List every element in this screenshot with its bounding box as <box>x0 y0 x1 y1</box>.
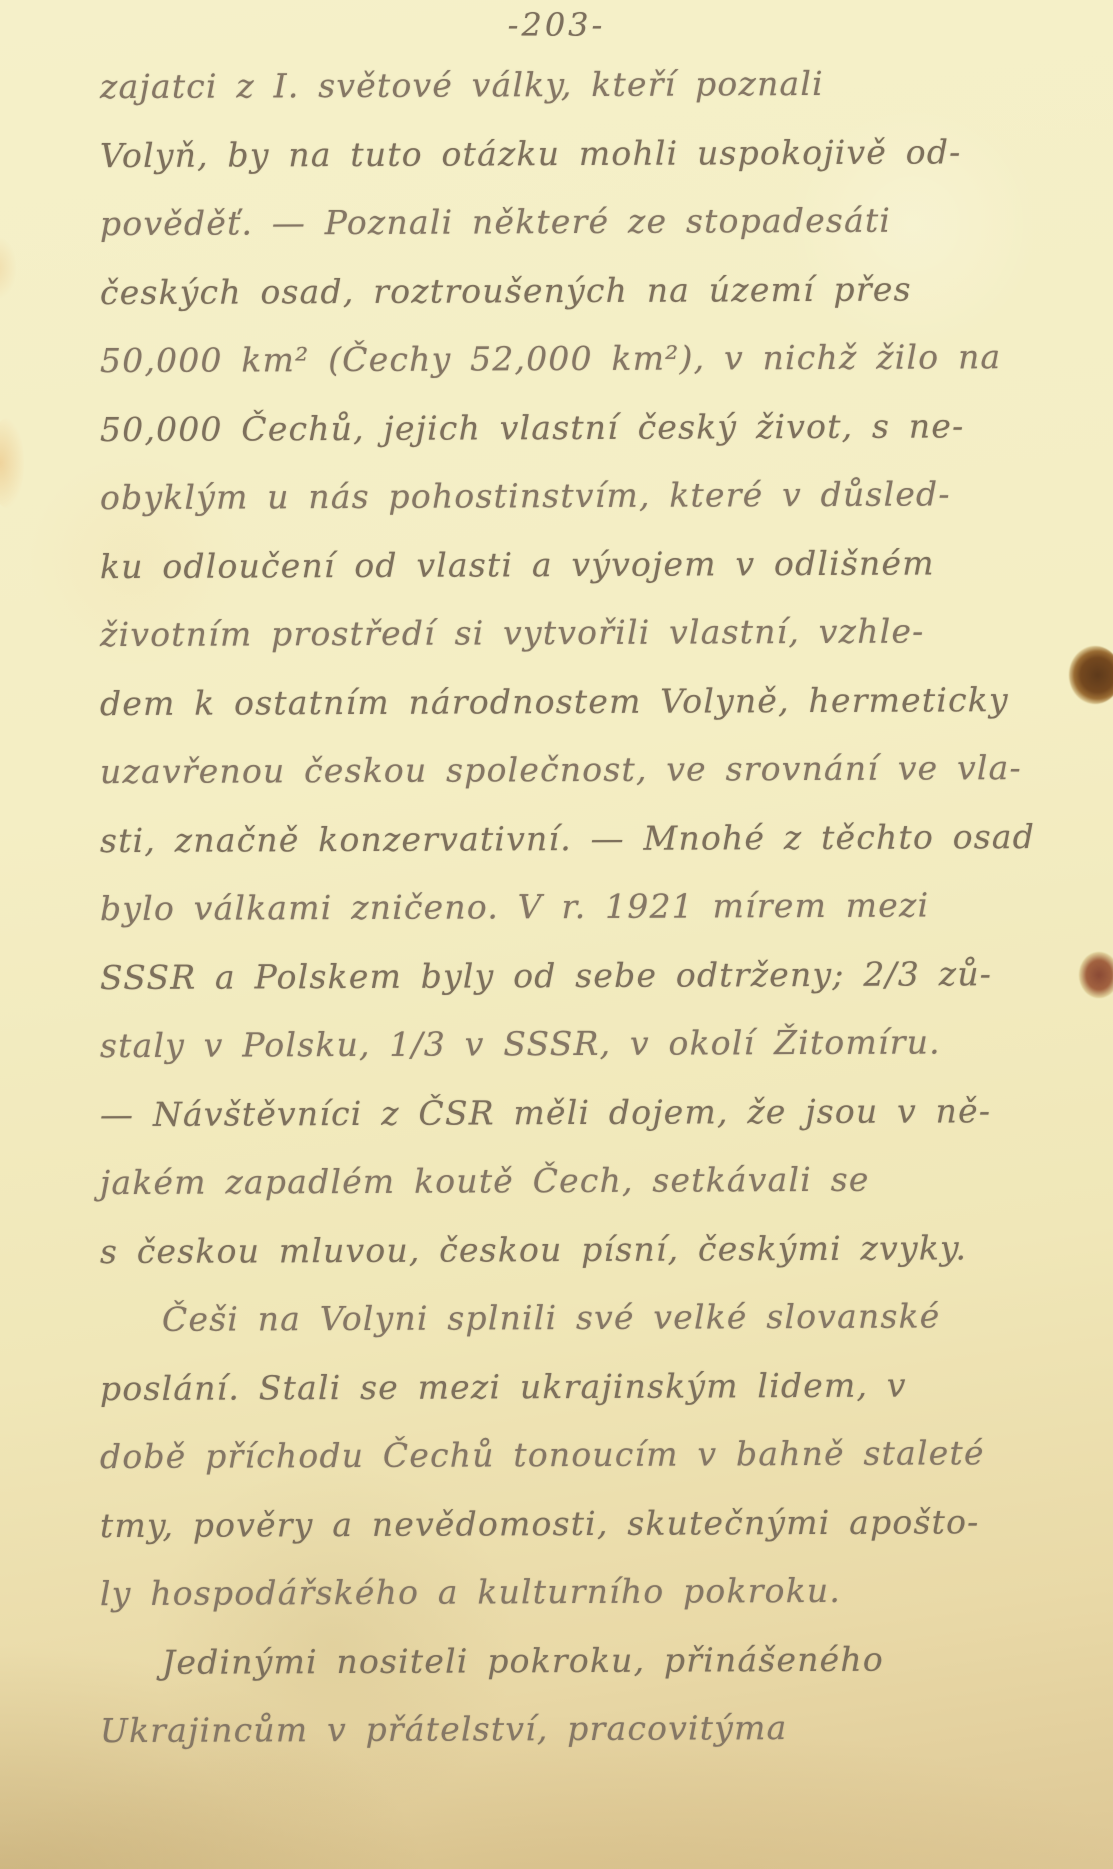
paper-edge-smudge <box>0 238 16 298</box>
paper-edge-smudge <box>0 418 24 508</box>
handwritten-line: ly hospodářského a kulturního pokroku. <box>100 1555 1060 1628</box>
handwritten-line: ku odloučení od vlasti a vývojem v odliš… <box>100 527 1060 600</box>
handwritten-line: poslání. Stali se mezi ukrajinským lidem… <box>100 1349 1060 1422</box>
handwritten-line: českých osad, roztroušených na území pře… <box>100 253 1060 326</box>
handwritten-line: — Návštěvníci z ČSR měli dojem, že jsou … <box>100 1075 1060 1148</box>
handwritten-line: 50,000 Čechů, jejich vlastní český život… <box>100 390 1060 463</box>
handwritten-line: jakém zapadlém koutě Čech, setkávali se <box>100 1144 1060 1217</box>
paper-hole-stain <box>1069 646 1113 704</box>
handwritten-line-paragraph-start: Češi na Volyni splnili své velké slovans… <box>100 1281 1060 1354</box>
paper-spot-stain <box>1079 952 1113 998</box>
handwritten-line: zajatci z I. světové války, kteří poznal… <box>100 48 1060 121</box>
handwritten-line: pověděť. — Poznali některé ze stopadesát… <box>100 185 1060 258</box>
handwritten-line: životním prostředí si vytvořili vlastní,… <box>100 596 1060 669</box>
handwritten-line: Volyň, by na tuto otázku mohli uspokojiv… <box>100 116 1060 189</box>
page-number: -203- <box>0 6 1113 44</box>
handwritten-line: uzavřenou českou společnost, ve srovnání… <box>100 733 1060 806</box>
handwritten-line-paragraph-start: Jedinými nositeli pokroku, přinášeného <box>100 1623 1060 1696</box>
handwritten-line: dem k ostatním národnostem Volyně, herme… <box>100 664 1060 737</box>
handwritten-line: Ukrajincům v přátelství, pracovitýma <box>100 1692 1060 1765</box>
handwritten-line: s českou mluvou, českou písní, českými z… <box>100 1212 1060 1285</box>
handwritten-line: SSSR a Polskem byly od sebe odtrženy; 2/… <box>100 938 1060 1011</box>
handwritten-line: bylo válkami zničeno. V r. 1921 mírem me… <box>100 870 1060 943</box>
handwritten-text-block: zajatci z I. světové války, kteří poznal… <box>100 50 1060 1763</box>
handwritten-line: 50,000 km² (Čechy 52,000 km²), v nichž ž… <box>100 322 1060 395</box>
handwritten-line: době příchodu Čechů tonoucím v bahně sta… <box>100 1418 1060 1491</box>
manuscript-page: -203- zajatci z I. světové války, kteří … <box>0 0 1113 1869</box>
handwritten-line: staly v Polsku, 1/3 v SSSR, v okolí Žito… <box>100 1007 1060 1080</box>
handwritten-line: tmy, pověry a nevědomosti, skutečnými ap… <box>100 1486 1060 1559</box>
handwritten-line: sti, značně konzervativní. — Mnohé z těc… <box>100 801 1060 874</box>
handwritten-line: obyklým u nás pohostinstvím, které v důs… <box>100 459 1060 532</box>
